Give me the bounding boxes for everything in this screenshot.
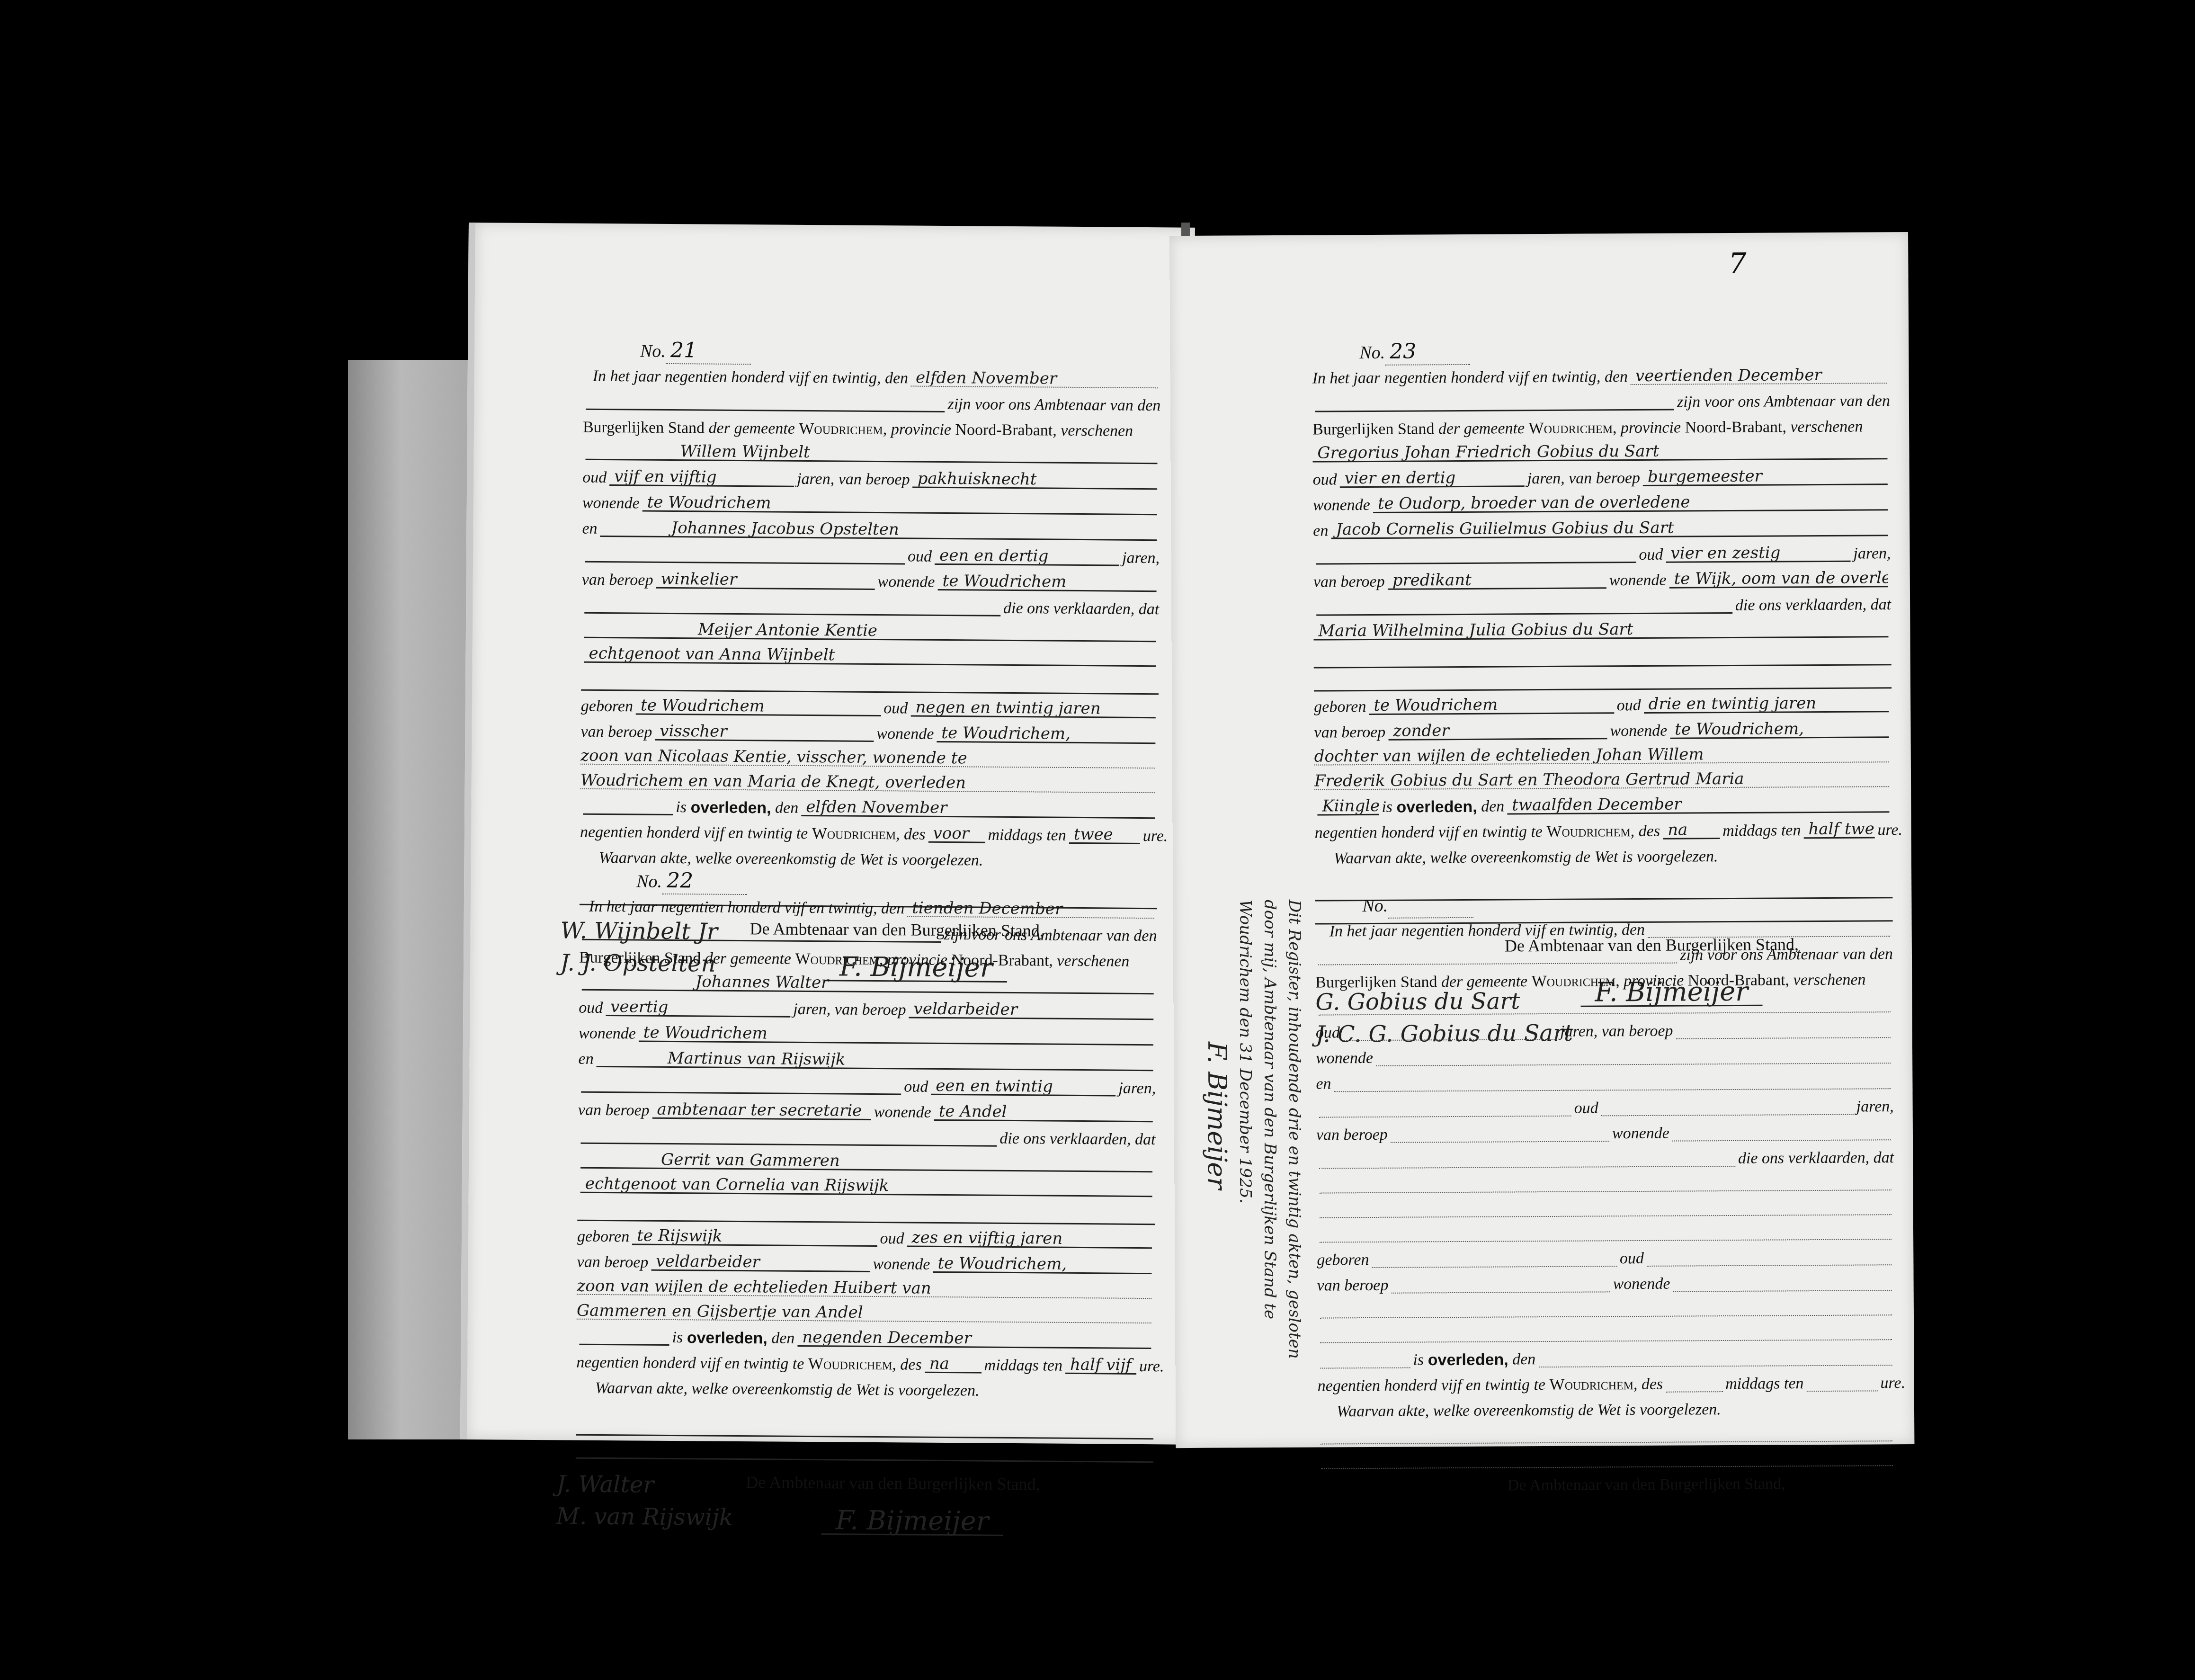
deceased-line1: Maria Wilhelmina Julia Gobius du Sart: [1313, 617, 1891, 645]
deceased-occupation-line: van beroep veldarbeider wonende te Woudr…: [577, 1250, 1154, 1279]
blank-record: No. In het jaar negentien honderd vijf e…: [1315, 890, 1896, 1499]
parents-line1: zoon van wijlen de echtelieden Huibert v…: [577, 1275, 1154, 1304]
verklaarden-line: die ons verklaarden, dat: [578, 1123, 1155, 1153]
birth-line: geboren te Rijswijk oud zes en vijftig j…: [577, 1224, 1155, 1254]
intro-line: In het jaar negentien honderd vijf en tw…: [583, 364, 1161, 393]
burgerlijken-line: Burgerlijken Stand der gemeente Woudrich…: [583, 415, 1160, 445]
declarant1-name-line: Gregorius Johan Friedrich Gobius du Sart: [1312, 439, 1890, 467]
record-22: No.22 In het jaar negentien honderd vijf…: [575, 867, 1157, 1562]
parents-line2: Gammeren en Gijsbertje van Andel: [577, 1300, 1154, 1329]
intro-line: In het jaar negentien honderd vijf en tw…: [580, 894, 1157, 924]
deceased-line1: Meijer Antonie Kentie: [581, 618, 1159, 647]
burgerlijken-line: Burgerlijken Stand der gemeente Woudrich…: [1312, 414, 1890, 442]
declarant2-name-line: en Jacob Cornelis Guilielmus Gobius du S…: [1313, 515, 1891, 544]
declarant2-age-line: oud een en dertig jaren,: [582, 542, 1160, 572]
intro-line: In het jaar negentien honderd vijf en tw…: [1315, 916, 1893, 944]
zijn-line: zijn voor ons Ambtenaar van den: [1315, 941, 1893, 970]
record-number: No.21: [583, 337, 1161, 368]
register-closing-note: Dit Register, inhoudende drie en twintig…: [1193, 900, 1307, 1421]
left-page: No.21 In het jaar negentien honderd vijf…: [460, 223, 1195, 1445]
parents-line1: dochter van wijlen de echtelieden Johan …: [1314, 742, 1892, 770]
declarant2-occupation-line: van beroep winkelier wonende te Woudrich…: [582, 567, 1160, 597]
death-line: is overleden, den elfden November: [580, 794, 1158, 824]
burgerlijken-line: Burgerlijken Stand der gemeente Woudrich…: [1315, 967, 1893, 995]
deceased-line2: echtgenoot van Anna Wijnbelt: [581, 643, 1159, 672]
record-number: No.23: [1312, 336, 1890, 366]
death-time-line: negentien honderd vijf en twintig te Wou…: [580, 820, 1158, 849]
record-date: veertienden December: [1631, 366, 1887, 385]
record-number: No.22: [580, 867, 1157, 898]
declarant1-name-line: Johannes Walter: [579, 971, 1157, 1000]
birth-line: geboren te Woudrichem oud drie en twinti…: [1314, 691, 1892, 720]
declarant1-age-line: oud vijf en vijftig jaren, van beroep pa…: [582, 465, 1160, 495]
deceased-occupation-line: van beroep visscher wonende te Woudriche…: [580, 719, 1158, 749]
record-date: elfden November: [911, 370, 1158, 389]
death-time-line: negentien honderd vijf en twintig te Wou…: [576, 1350, 1154, 1380]
verklaarden-line: die ons verklaarden, dat: [1313, 592, 1891, 620]
declarant1-residence-line: wonende te Woudrichem: [579, 1021, 1156, 1051]
declarant1-age-line: oud veertig jaren, van beroep veldarbeid…: [579, 995, 1156, 1025]
parents-line1: zoon van Nicolaas Kentie, visscher, wone…: [580, 745, 1158, 774]
signature-block: J. Walter M. van Rijswijk De Ambtenaar v…: [575, 1464, 1153, 1563]
record-number: No.: [1315, 890, 1892, 919]
intro-line: In het jaar negentien honderd vijf en tw…: [1312, 363, 1890, 391]
waarvan-line: Waarvan akte, welke overeenkomstig de We…: [1315, 843, 1892, 871]
declarant2-occupation-line: van beroep predikant wonende te Wijk, oo…: [1313, 566, 1891, 595]
waarvan-line: Waarvan akte, welke overeenkomstig de We…: [576, 1376, 1154, 1405]
parents-line2: Frederik Gobius du Sart en Theodora Gert…: [1314, 767, 1892, 795]
parents-line2: Woudrichem en van Maria de Knegt, overle…: [580, 769, 1158, 798]
official-signature: F. Bijmeijer: [821, 1508, 1003, 1536]
zijn-line: zijn voor ons Ambtenaar van den: [579, 920, 1157, 949]
declarant2-name-line: en Martinus van Rijswijk: [578, 1046, 1156, 1076]
declarant2-name-line: en Johannes Jacobus Opstelten: [582, 516, 1160, 546]
declarant1-name-line: Willem Wijnbelt: [582, 440, 1160, 469]
back-cover-flap: [348, 360, 481, 1439]
death-line: Kiingle is overleden, den twaalfden Dece…: [1314, 792, 1892, 820]
declarant1-residence-line: wonende te Oudorp, broeder van de overle…: [1313, 490, 1891, 518]
death-line: is overleden, den negenden December: [576, 1324, 1154, 1354]
death-time-line: negentien honderd vijf en twintig te Wou…: [1314, 817, 1892, 846]
deceased-line2: echtgenoot van Cornelia van Rijswijk: [578, 1173, 1155, 1202]
zijn-line: zijn voor ons Ambtenaar van den: [583, 389, 1160, 419]
zijn-line: zijn voor ons Ambtenaar van den: [1312, 388, 1890, 417]
witness-signatures: J. Walter M. van Rijswijk: [556, 1468, 733, 1534]
birth-line: geboren te Woudrichem oud negen en twint…: [581, 694, 1159, 724]
record-date: tienden December: [907, 900, 1154, 919]
deceased-occupation-line: van beroep zonder wonende te Woudrichem,: [1314, 717, 1892, 745]
declarant2-age-line: oud vier en zestig jaren,: [1313, 541, 1891, 569]
verklaarden-line: die ons verklaarden, dat: [581, 593, 1159, 623]
deceased-line1: Gerrit van Gammeren: [578, 1149, 1155, 1178]
declarant1-residence-line: wonende te Woudrichem: [582, 491, 1160, 520]
burgerlijken-line: Burgerlijken Stand der gemeente Woudrich…: [579, 945, 1157, 975]
declarant1-age-line: oud vier en dertig jaren, van beroep bur…: [1313, 464, 1891, 492]
declarant2-age-line: oud een en twintig jaren,: [578, 1072, 1156, 1102]
folio-number: 7: [1728, 247, 1747, 280]
closing-signature: F. Bijmeijer: [1205, 900, 1229, 1421]
declarant2-occupation-line: van beroep ambtenaar ter secretarie wone…: [578, 1098, 1156, 1127]
